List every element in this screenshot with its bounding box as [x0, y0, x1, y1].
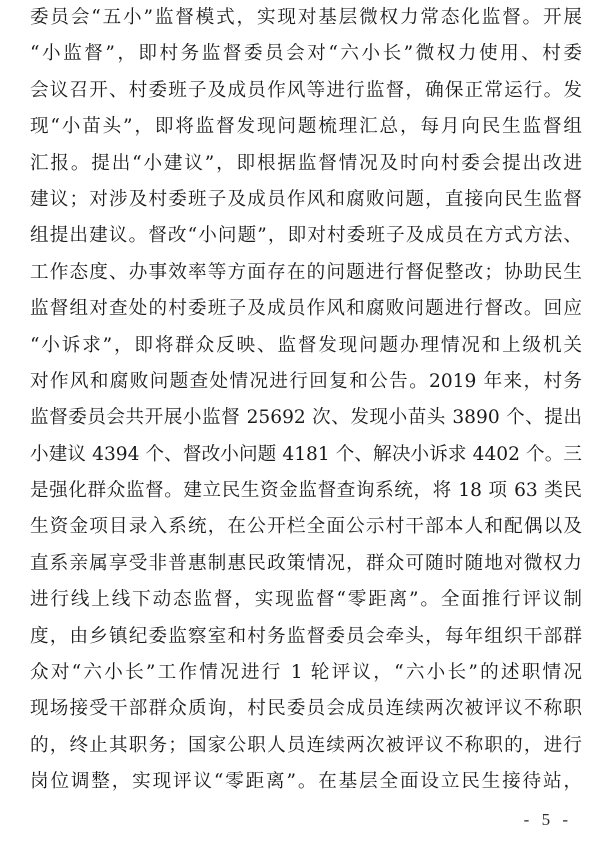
- text-line: 众对“六小长”工作情况进行 1 轮评议，“六小长”的述职情况: [30, 655, 582, 691]
- text-line: 进行线上线下动态监督，实现监督“零距离”。全面推行评议制: [30, 582, 582, 618]
- text-line: 现“小苗头”，即将监督发现问题梳理汇总，每月向民生监督组: [30, 109, 582, 145]
- text-line: 监督委员会共开展小监督 25692 次、发现小苗头 3890 个、提出: [30, 400, 582, 436]
- body-text: 委员会“五小”监督模式，实现对基层微权力常态化监督。开展 “小监督”，即村务监督…: [30, 0, 582, 801]
- text-line: 的，终止其职务；国家公职人员连续两次被评议不称职的，进行: [30, 728, 582, 764]
- text-line: 对作风和腐败问题查处情况进行回复和公告。2019 年来，村务: [30, 364, 582, 400]
- text-line: “小诉求”，即将群众反映、监督发现问题办理情况和上级机关: [30, 328, 582, 364]
- page-number: - 5 -: [524, 808, 572, 832]
- document-page: 委员会“五小”监督模式，实现对基层微权力常态化监督。开展 “小监督”，即村务监督…: [0, 0, 600, 846]
- text-line: 委员会“五小”监督模式，实现对基层微权力常态化监督。开展: [30, 0, 582, 36]
- text-line: 工作态度、办事效率等方面存在的问题进行督促整改；协助民生: [30, 255, 582, 291]
- text-line: 小建议 4394 个、督改小问题 4181 个、解决小诉求 4402 个。三: [30, 437, 582, 473]
- text-line: 监督组对查处的村委班子及成员作风和腐败问题进行督改。回应: [30, 291, 582, 327]
- text-line: 度，由乡镇纪委监察室和村务监督委员会牵头，每年组织干部群: [30, 619, 582, 655]
- text-line: 现场接受干部群众质询，村民委员会成员连续两次被评议不称职: [30, 691, 582, 727]
- text-line: 直系亲属享受非普惠制惠民政策情况，群众可随时随地对微权力: [30, 546, 582, 582]
- text-line: 会议召开、村委班子及成员作风等进行监督，确保正常运行。发: [30, 73, 582, 109]
- text-line: 生资金项目录入系统，在公开栏全面公示村干部本人和配偶以及: [30, 509, 582, 545]
- text-line: “小监督”，即村务监督委员会对“六小长”微权力使用、村委: [30, 36, 582, 72]
- text-line: 岗位调整，实现评议“零距离”。在基层全面设立民生接待站，: [30, 764, 582, 800]
- text-line: 建议；对涉及村委班子及成员作风和腐败问题，直接向民生监督: [30, 182, 582, 218]
- text-line: 是强化群众监督。建立民生资金监督查询系统，将 18 项 63 类民: [30, 473, 582, 509]
- text-line: 组提出建议。督改“小问题”，即对村委班子及成员在方式方法、: [30, 218, 582, 254]
- text-line: 汇报。提出“小建议”，即根据监督情况及时向村委会提出改进: [30, 146, 582, 182]
